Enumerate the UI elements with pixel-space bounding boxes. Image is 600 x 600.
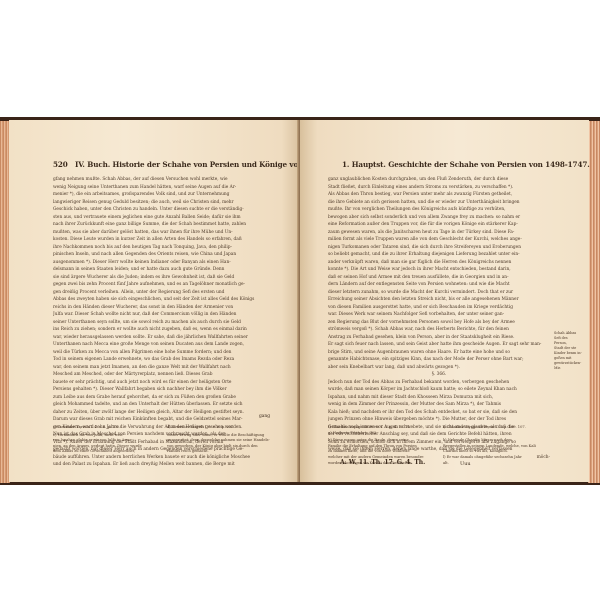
text-line: die ihre Gebiete an sich gerissen hatten… (328, 199, 550, 207)
text-line: zum Leibe aus dem Grabe herauf gehorchet… (53, 394, 273, 402)
text-line: zen Regierung das Blut der vornehmsten P… (328, 319, 550, 327)
text-line: Handel reich gemacht. (167, 449, 273, 455)
text-line: Geschick haben, unter den Christen zu ha… (53, 206, 273, 214)
text-line: delsmann in seinen Staaten leiden; und e… (53, 266, 273, 274)
text-line: ausgenommen *). Dieser Herr wollte keine… (53, 259, 273, 267)
text-line: mußten, was sie aber darüber gelöst hatt… (53, 229, 273, 237)
text-line: seiner Unterthanen seyn sollte, um sie s… (53, 319, 273, 327)
text-line: Kala hieß; und nachdem er ihr den Tod de… (328, 409, 550, 417)
text-line: aber sein Knebelbart war lang, daß und a… (328, 364, 550, 372)
text-line: wenig in dem Zimmer der Prinzessin, der … (328, 401, 550, 409)
text-line: ihre Nachkommen noch bis auf den heutige… (53, 244, 273, 252)
footnote-column-right: weder Ertrag oder sonst, er wollte die B… (167, 433, 273, 455)
text-line: pinischen Inseln, und nach allen Gegende… (53, 251, 273, 259)
right-page: 1. Hauptst. Geschichte der Schahe von Pe… (300, 120, 589, 482)
text-line: sten aus, und vertrauete einem jeglichen… (53, 214, 273, 222)
text-line: bewogen aber sich selbst sonderlich und … (328, 214, 550, 222)
text-line: milien formt als viele Truppen waren all… (328, 236, 550, 244)
text-line: Unterthanen nach Mecca eine große Menge … (53, 341, 273, 349)
text-line: Erreichung seiner Absichten den letzten … (328, 296, 550, 304)
text-line: reichs in den Händen dieser Wucherer, da… (53, 304, 273, 312)
footnote (443, 431, 550, 437)
text-line: gen dreißig Procent verleihen. Allein, u… (53, 289, 273, 297)
text-line: so beliebt gemacht, und die zu ihrer Erh… (328, 251, 550, 259)
signature-mark: Uuu (460, 461, 471, 467)
text-line: ausgerottet: denn derwelche nahmen sie s… (167, 438, 273, 444)
footnote-column-left: e) Vornämlich die von Julfa, nicht weitv… (53, 433, 159, 455)
text-line: kosten. Diese Leute wurden in kurzer Zei… (53, 236, 273, 244)
text-line: nach ihrer Zurückkunft eine ganz billige… (53, 221, 273, 229)
text-line: weil die Türken zu Mecca von allen Pilgr… (53, 349, 273, 357)
text-line: gfang nehmen mußte. Schah Abbas, der auf… (53, 176, 273, 184)
page-number-left: 520 (53, 160, 68, 169)
left-page: 520 IV. Buch. Historie der Schahe von Pe… (9, 120, 299, 482)
section-mark: §. 366. (328, 371, 550, 379)
text-line: menier *), die ein arbeitsames, großspar… (53, 191, 273, 199)
text-line: wurde, daß man seinen Körper im Jachtsch… (328, 386, 550, 394)
running-head-text-right: 1. Hauptst. Geschichte der Schahe von Pe… (342, 160, 590, 169)
text-line: genannte Habichtsnase, ein spitziges Kin… (328, 356, 550, 364)
body-text-right: ganz unglaublichen Kosten durchgraben, u… (328, 176, 550, 461)
text-line: Ispahan, und nahm mit dieser Stadt den K… (328, 394, 550, 402)
text-line: war, wieder herausgelassen werden sollte… (53, 334, 273, 342)
footnote: d) Tavernier Travels l. 5. c. 8. p. 202. (167, 425, 273, 431)
text-line: war, den seinem man jetzt Imamen, an den… (53, 364, 273, 372)
text-line: Abbas des zweyten haben sie sich eingesc… (53, 296, 273, 304)
text-line: Mesched am Mesched, oder der Märtyrerpla… (53, 371, 273, 379)
text-line: daher zu Zeiten, über zwölf lange der He… (53, 409, 273, 417)
text-line: dem Abbas zu einer Gewohnheit angeordnet… (53, 449, 159, 455)
text-line: brige Stirn, und seine Augenbraunen ware… (328, 349, 550, 357)
text-line: war. Dieses Werk war seinem Nachfolger S… (328, 311, 550, 319)
text-line: dern Ländern auf der entlegensten Seite … (328, 281, 550, 289)
text-line: eine Reformation außer den Truppen vor, … (328, 221, 550, 229)
signature-line: A. W. 11. Th. 17. G. 4. Th. (340, 459, 425, 466)
running-head-right: 1. Hauptst. Geschichte der Schahe von Pe… (342, 160, 600, 169)
text-line: Julfa war. Dieser Schah wollte nicht nur… (53, 311, 273, 319)
text-line: mußte. Ihr von verglichen Theilungen des… (328, 206, 550, 214)
footnote: g) Herberts Travels p. 202. (328, 431, 435, 437)
text-line: strömweis vergoß *). Schah Abbas war, na… (328, 326, 550, 334)
footnotes-left: c) Tavernier Travels l. 4. c. 6. p. 102.… (53, 425, 273, 455)
open-book-spread: 520 IV. Buch. Historie der Schahe von Pe… (0, 117, 600, 485)
text-line: gegen zwei bis zehn Procent fünf Jahre a… (53, 281, 273, 289)
text-line: Er sagt sich feuer nach lassen, und sein… (328, 341, 550, 349)
text-line: ins Reich zu ziehen; sondern er wollte a… (53, 326, 273, 334)
text-line: und den Palast zu Ispahan. Er ließ auch … (53, 461, 273, 469)
text-line: Als Abbas den Thron bestieg, war Persien… (328, 191, 550, 199)
marginal-note: Schah AbbasSefi desPerson,Stadt der steK… (554, 331, 586, 371)
text-line: Anstrag zu Ferhabad gesehen, klein von P… (328, 334, 550, 342)
text-line: Stadt fließet, durch Einleitung eines an… (328, 184, 550, 192)
text-line: von diesen Familien ausgerottet hatte, u… (328, 304, 550, 312)
text-line: ganz unglaublichen Kosten durchgraben, u… (328, 176, 550, 184)
text-line: daß er seinen Hof und Armee mit den treu… (328, 274, 550, 282)
text-line: Tod in seinem eigenen Lande erwehnete, w… (53, 356, 273, 364)
text-line: Jedoch nun der Tod des Abbas zu Ferhabad… (328, 379, 550, 387)
page-edges-right (588, 121, 600, 483)
text-line: nigen Turkomanen oder Tataren sind, die … (328, 244, 550, 252)
text-line: Mir. (554, 366, 586, 371)
text-line: Darum war dieses Grab mit reichen Einkün… (53, 416, 273, 424)
text-line: gleich Mohammed tadelte, und an den Unte… (53, 401, 273, 409)
text-line: konnte *). Die Art und Weise war jedoch … (328, 266, 550, 274)
text-line: dieser letztern zunahm, so wurde die Mac… (328, 289, 550, 297)
text-line: Persiens gehalten *). Dieser Wallfahrt b… (53, 386, 273, 394)
catchword-left: gang (259, 414, 270, 419)
footnote: c) Tavernier Travels l. 4. c. 6. p. 102. (53, 425, 159, 431)
text-line: ander verknüpft waren, daß man sie gar f… (328, 259, 550, 267)
text-line: sie sind ärgere Wucherer als die Juden; … (53, 274, 273, 282)
text-line: wenig Neigung seine Unterthanen zum Hand… (53, 184, 273, 192)
text-line: jungen Prinzen ohne Hinweis übergeben mö… (328, 416, 550, 424)
text-line: langwieriger Reisen genug Geduld besitze… (53, 199, 273, 207)
text-line: zaum gewesen waren, als die Janitscharen… (328, 229, 550, 237)
text-line: bauete er sehr prächtig, und auch jetzt … (53, 379, 273, 387)
